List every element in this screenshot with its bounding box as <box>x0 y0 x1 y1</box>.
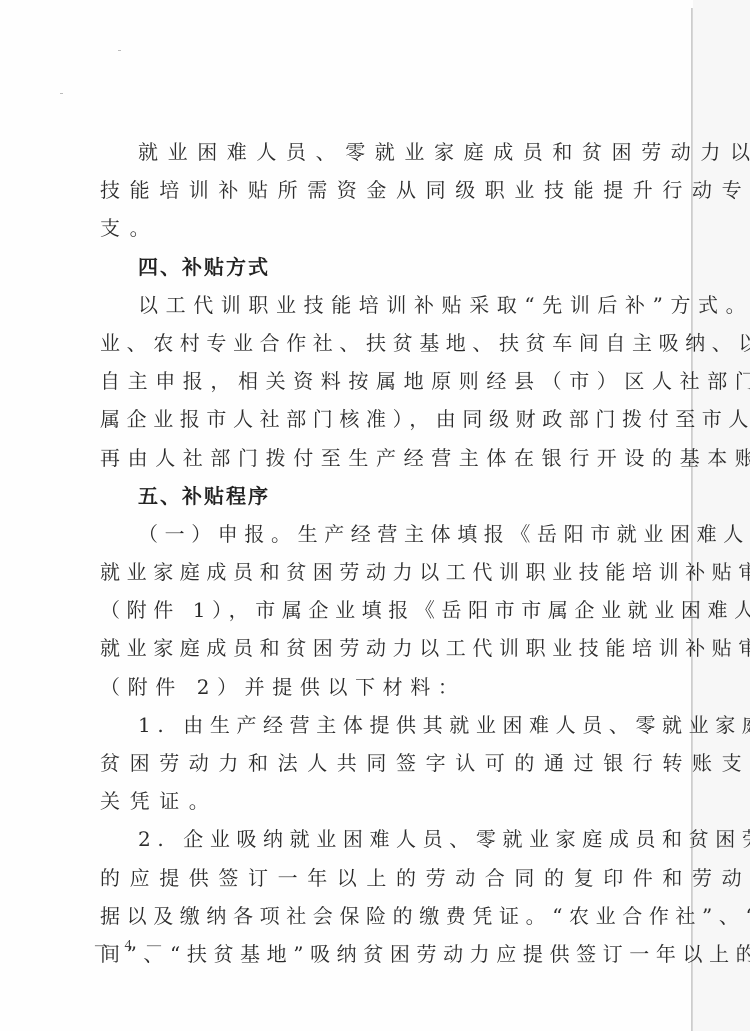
body-line: 贫困劳动力和法人共同签字认可的通过银行转账支付工资的相 <box>100 744 648 782</box>
body-line: 就业家庭成员和贫困劳动力以工代训职业技能培训补贴审批表》 <box>100 553 648 591</box>
body-line: 支。 <box>100 209 648 247</box>
body-line: （一）申报。生产经营主体填报《岳阳市就业困难人员、零 <box>100 515 648 553</box>
body-line: 再由人社部门拨付至生产经营主体在银行开设的基本账户。 <box>100 439 648 477</box>
body-line: 以工代训职业技能培训补贴采取“先训后补”方式。由各企 <box>100 286 648 324</box>
body-line: 间”、“扶贫基地”吸纳贫困劳动力应提供签订一年以上的劳动合 <box>100 935 648 973</box>
section-heading-subsidy-procedure: 五、补贴程序 <box>100 477 648 515</box>
body-line: 就业家庭成员和贫困劳动力以工代训职业技能培训补贴审批表》 <box>100 629 648 667</box>
body-line: （附件 1），市属企业填报《岳阳市市属企业就业困难人员、零 <box>100 591 648 629</box>
body-line: 业、农村专业合作社、扶贫基地、扶贫车间自主吸纳、以工代训， <box>100 324 648 362</box>
body-line: 属企业报市人社部门核准），由同级财政部门拨付至市人社部门， <box>100 400 648 438</box>
body-line: 自主申报，相关资料按属地原则经县（市）区人社部门核准（市 <box>100 362 648 400</box>
body-line: 的应提供签订一年以上的劳动合同的复印件和劳动合同备案依 <box>100 859 648 897</box>
section-heading-payment-method: 四、补贴方式 <box>100 248 648 286</box>
scan-speck <box>60 93 63 94</box>
page-number: — 4 — <box>95 938 167 954</box>
body-line: （附件 2）并提供以下材料： <box>100 668 648 706</box>
body-line: 据以及缴纳各项社会保险的缴费凭证。“农业合作社”、“扶贫车 <box>100 897 648 935</box>
document-body: 就业困难人员、零就业家庭成员和贫困劳动力以工代训职业 技能培训补贴所需资金从同级… <box>100 133 648 973</box>
body-line: 2. 企业吸纳就业困难人员、零就业家庭成员和贫困劳动力 <box>100 820 648 858</box>
scan-speck <box>118 50 121 51</box>
body-line: 关凭证。 <box>100 782 648 820</box>
body-line: 就业困难人员、零就业家庭成员和贫困劳动力以工代训职业 <box>100 133 648 171</box>
body-line: 1. 由生产经营主体提供其就业困难人员、零就业家庭成员、 <box>100 706 648 744</box>
document-page: 就业困难人员、零就业家庭成员和贫困劳动力以工代训职业 技能培训补贴所需资金从同级… <box>0 0 750 1031</box>
body-line: 技能培训补贴所需资金从同级职业技能提升行动专账资金中列 <box>100 171 648 209</box>
